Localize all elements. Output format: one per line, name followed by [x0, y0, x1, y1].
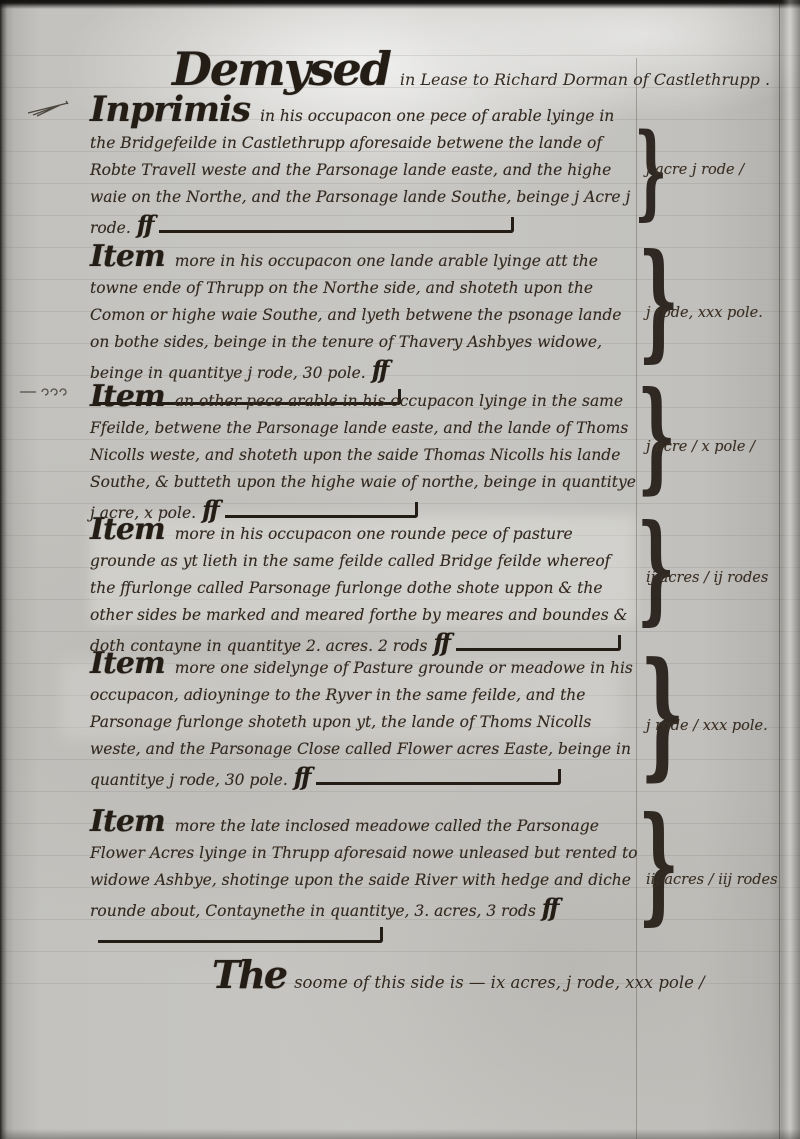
entry-text: Inprimisin his occupacon one pece of ara…	[90, 96, 638, 242]
entry-lead-word: Item	[90, 239, 165, 274]
brace-icon: }	[638, 810, 679, 917]
margin-measurement: j rode, xxx pole.	[646, 305, 763, 321]
closing-rule	[456, 635, 621, 651]
entry-lead-word: Item	[90, 804, 165, 839]
ledger-entry: Itemmore one sidelynge of Pasture ground…	[90, 650, 800, 794]
closing-rule	[98, 927, 383, 943]
ledger-entry: Itemmore the late inclosed meadowe calle…	[90, 808, 800, 952]
ledger-entry: Inprimisin his occupacon one pece of ara…	[90, 96, 800, 242]
paragraph-end-flourish-icon: ff	[294, 762, 309, 791]
margin-squiggle-mark	[18, 384, 70, 398]
footer-rest: soome of this side is — ix acres, j rode…	[294, 973, 705, 992]
scan-edge-bottom	[0, 1129, 800, 1139]
manuscript-page: Demysedin Lease to Richard Dorman of Cas…	[0, 0, 800, 1139]
paragraph-end-flourish-icon: ff	[137, 210, 152, 239]
ledger-entry: Iteman other pece arable in his occupaco…	[90, 383, 800, 527]
margin-measurement: iij acres / iij rodes	[646, 872, 778, 888]
entry-lead-word: Item	[90, 646, 165, 681]
entry-text: Iteman other pece arable in his occupaco…	[90, 383, 638, 527]
heading-rest: in Lease to Richard Dorman of Castlethru…	[400, 70, 770, 89]
scan-edge-left	[0, 0, 14, 1139]
entry-text: Itemmore in his occupacon one rounde pec…	[90, 516, 638, 660]
closing-rule	[316, 769, 561, 785]
entry-text: Itemmore one sidelynge of Pasture ground…	[90, 650, 638, 794]
margin-arrow-mark	[26, 100, 74, 120]
heading-initial: Demysed	[172, 42, 390, 96]
paragraph-end-flourish-icon: ff	[542, 893, 557, 922]
entry-lead-word: Inprimis	[90, 89, 250, 130]
brace-icon: }	[638, 247, 679, 354]
footer-initial: The	[212, 952, 286, 997]
brace-icon: }	[637, 518, 675, 618]
brace-icon: }	[637, 385, 676, 487]
entry-lead-word: Item	[90, 512, 165, 547]
closing-rule	[159, 217, 514, 233]
paragraph-end-flourish-icon: ff	[372, 355, 387, 384]
page-heading: Demysedin Lease to Richard Dorman of Cas…	[172, 42, 770, 96]
margin-measurement: j acre j rode /	[646, 162, 744, 178]
entry-body: more in his occupacon one lande arable l…	[90, 252, 621, 382]
entry-text: Itemmore the late inclosed meadowe calle…	[90, 808, 638, 952]
scan-edge-top	[0, 0, 800, 9]
margin-measurement: ij acres / ij rodes	[646, 570, 768, 586]
ledger-entry: Itemmore in his occupacon one rounde pec…	[90, 516, 800, 660]
page-sum-line: Thesoome of this side is — ix acres, j r…	[212, 952, 705, 997]
margin-measurement: j acre / x pole /	[646, 439, 755, 455]
brace-icon: }	[640, 654, 684, 771]
entry-lead-word: Item	[90, 379, 165, 414]
margin-measurement: j rode / xxx pole.	[646, 718, 768, 734]
